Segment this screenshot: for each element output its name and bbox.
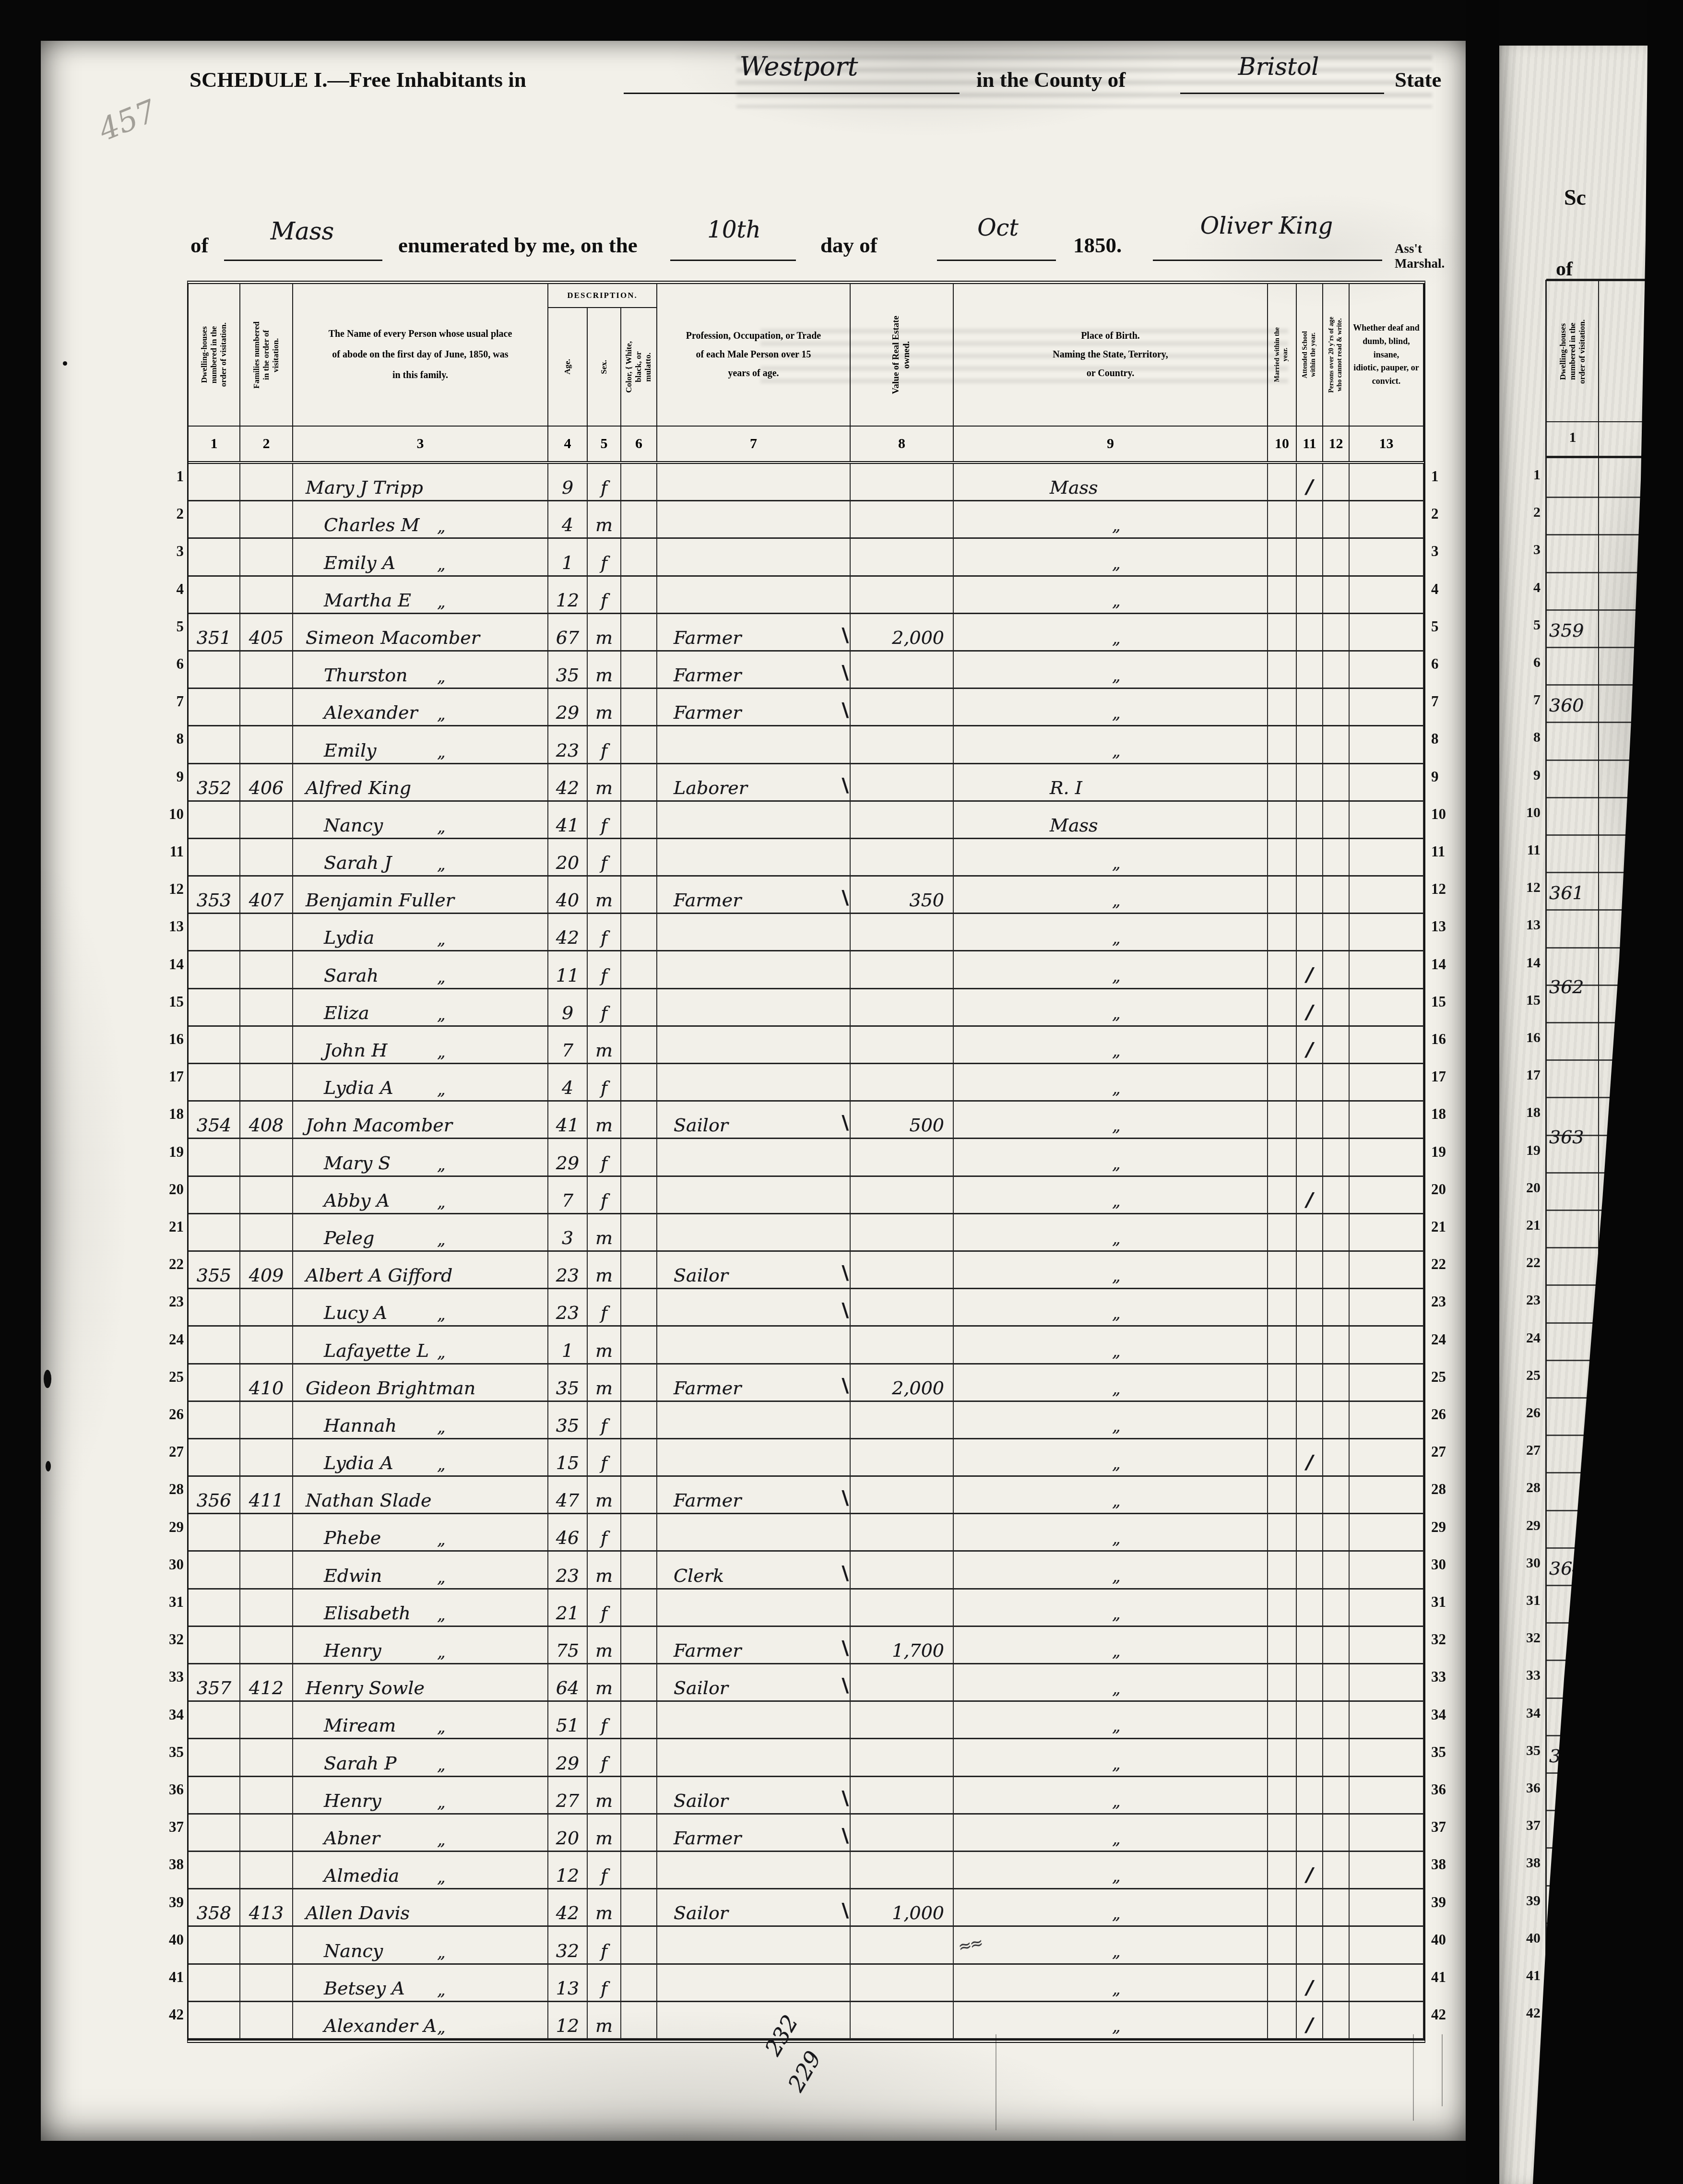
cell-place-of-birth: „ — [954, 1702, 1268, 1738]
cell-family-number — [240, 1552, 293, 1588]
cell-cannot-read-write — [1323, 764, 1350, 800]
cell-age: 15 — [548, 1439, 588, 1475]
cell-sex: m — [588, 1815, 621, 1851]
ditto-mark: „ — [1112, 554, 1121, 573]
cell-remarks — [1350, 877, 1424, 913]
cell-family-number — [240, 1739, 293, 1775]
cell-cannot-read-write — [1323, 1852, 1350, 1888]
row-number-left: 16 — [155, 1031, 184, 1048]
cell-attended-school: / — [1297, 1852, 1323, 1888]
cell-married-within-year — [1268, 1664, 1297, 1700]
cell-sex: m — [588, 1365, 621, 1401]
place-of-birth: Mass — [954, 477, 1098, 498]
row-number-right: 27 — [1431, 1443, 1460, 1460]
person-name: Alexander A — [324, 2015, 437, 2036]
cell-attended-school — [1297, 914, 1323, 950]
check-mark: / — [1306, 1976, 1313, 1999]
cell-name: Gideon Brightman — [293, 1365, 548, 1401]
cell-married-within-year — [1268, 839, 1297, 875]
cell-age: 41 — [548, 802, 588, 838]
cell-color — [621, 951, 657, 987]
title-month-underline — [937, 227, 1056, 261]
cell-age: 13 — [548, 1965, 588, 2001]
column-number-3: 3 — [293, 427, 548, 461]
cell-remarks — [1350, 689, 1424, 725]
cell-married-within-year — [1268, 614, 1297, 650]
table-header: DESCRIPTION. Dwelling-houses numbered in… — [189, 284, 1424, 427]
cell-real-estate-value: 2,000 — [851, 1365, 954, 1401]
cell-color — [621, 764, 657, 800]
cell-cannot-read-write — [1323, 839, 1350, 875]
cell-real-estate-value — [851, 1514, 954, 1550]
cell-occupation — [657, 2002, 851, 2038]
cell-sex: f — [588, 951, 621, 987]
cell-family-number — [240, 951, 293, 987]
cell-occupation: Farmer\ — [657, 689, 851, 725]
cell-real-estate-value — [851, 501, 954, 537]
cell-dwelling-number — [189, 1214, 240, 1250]
cell-cannot-read-write — [1323, 1402, 1350, 1438]
next-page-row-number: 2 — [1508, 504, 1541, 521]
cell-place-of-birth: „ — [954, 1252, 1268, 1288]
person-name: Abner — [324, 1828, 380, 1849]
cell-place-of-birth: „ — [954, 1402, 1268, 1438]
next-page-row-number: 25 — [1508, 1367, 1541, 1384]
tally-tick: \ — [841, 774, 849, 796]
cell-name: Sarah J„ — [293, 839, 548, 875]
cell-remarks — [1350, 914, 1424, 950]
column-header-label: Families numbered in the order of visita… — [252, 321, 281, 389]
column-header-2: Families numbered in the order of visita… — [240, 284, 293, 426]
person-name: Mary S — [324, 1152, 391, 1174]
cell-attended-school — [1297, 1514, 1323, 1550]
cell-sex: f — [588, 914, 621, 950]
cell-attended-school — [1297, 1365, 1323, 1401]
occupation: Sailor — [674, 1902, 728, 1923]
next-page-row-number: 20 — [1508, 1180, 1541, 1196]
cell-cannot-read-write — [1323, 877, 1350, 913]
row-number-left: 7 — [155, 693, 184, 710]
column-header-12: Persons over 20 y'rs of age who cannot r… — [1323, 284, 1350, 426]
cell-place-of-birth: „ — [954, 1177, 1268, 1213]
cell-dwelling-number: 358 — [189, 1889, 240, 1925]
ditto-mark: „ — [1112, 1004, 1121, 1023]
cell-family-number — [240, 1327, 293, 1363]
cell-family-number — [240, 1927, 293, 1963]
person-name: Allen Davis — [306, 1902, 410, 1923]
cell-dwelling-number: 357 — [189, 1664, 240, 1700]
cell-name: Alexander„ — [293, 689, 548, 725]
title-marshal-underline — [1153, 227, 1382, 261]
cell-married-within-year — [1268, 951, 1297, 987]
ditto-mark: „ — [437, 593, 446, 612]
cell-dwelling-number — [189, 914, 240, 950]
next-page-row-number: 7 — [1508, 692, 1541, 708]
cell-attended-school — [1297, 501, 1323, 537]
ditto-mark: „ — [437, 1868, 446, 1887]
cell-remarks — [1350, 1815, 1424, 1851]
column-header-9: Place of Birth. Naming the State, Territ… — [954, 284, 1268, 426]
cell-cannot-read-write — [1323, 914, 1350, 950]
ditto-mark: „ — [1112, 1304, 1121, 1323]
cell-real-estate-value — [851, 1965, 954, 2001]
cell-name: Thurston„ — [293, 652, 548, 688]
census-scan: { "page": { "pencil_note": "457", "title… — [0, 0, 1683, 2184]
next-page-row-number: 37 — [1508, 1817, 1541, 1834]
occupation: Farmer — [674, 627, 741, 648]
row-number-left: 42 — [155, 2006, 184, 2023]
ditto-mark: „ — [1112, 1192, 1121, 1211]
table-row: Nancy„32f≈≈„ — [189, 1927, 1424, 1964]
cell-dwelling-number — [189, 539, 240, 575]
cell-name: Lafayette L„ — [293, 1327, 548, 1363]
cell-sex: f — [588, 1965, 621, 2001]
cell-sex: m — [588, 1477, 621, 1513]
bottom-tally-note: 229 — [783, 2046, 827, 2096]
column-number-11: 11 — [1297, 427, 1323, 461]
column-header-4: Age. — [548, 308, 588, 426]
cell-sex: f — [588, 839, 621, 875]
table-row: Elisabeth„21f„ — [189, 1590, 1424, 1627]
cell-remarks — [1350, 614, 1424, 650]
cell-place-of-birth: „ — [954, 539, 1268, 575]
table-row: Henry„27mSailor\„ — [189, 1777, 1424, 1815]
cell-color — [621, 1252, 657, 1288]
ruled-line — [996, 2034, 996, 2130]
cell-remarks — [1350, 1027, 1424, 1063]
cell-family-number — [240, 464, 293, 500]
occupation: Farmer — [674, 1377, 741, 1399]
row-number-right: 31 — [1431, 1593, 1460, 1611]
cell-color — [621, 1552, 657, 1588]
row-number-left: 33 — [155, 1668, 184, 1685]
cell-place-of-birth: „ — [954, 1889, 1268, 1925]
table-row: 355409Albert A Gifford23mSailor\„ — [189, 1252, 1424, 1289]
row-number-right: 35 — [1431, 1744, 1460, 1761]
next-page-row-number: 35 — [1508, 1743, 1541, 1759]
cell-age: 4 — [548, 1064, 588, 1100]
table-row: Emily„23f„ — [189, 726, 1424, 764]
cell-place-of-birth: „ — [954, 652, 1268, 688]
ditto-mark: „ — [1112, 1792, 1121, 1811]
cell-family-number — [240, 1064, 293, 1100]
cell-name: Henry„ — [293, 1777, 548, 1813]
cell-occupation: Farmer\ — [657, 1815, 851, 1851]
cell-married-within-year — [1268, 1702, 1297, 1738]
cell-cannot-read-write — [1323, 1252, 1350, 1288]
next-page-row-number: 10 — [1508, 805, 1541, 821]
cell-sex: m — [588, 1664, 621, 1700]
cell-color — [621, 1815, 657, 1851]
cell-remarks — [1350, 726, 1424, 762]
cell-cannot-read-write — [1323, 1965, 1350, 2001]
tally-tick: \ — [841, 1637, 849, 1659]
row-number-left: 28 — [155, 1481, 184, 1498]
cell-attended-school — [1297, 1664, 1323, 1700]
cell-place-of-birth: „ — [954, 1214, 1268, 1250]
table-row: Peleg„3m„ — [189, 1214, 1424, 1252]
cell-color — [621, 1889, 657, 1925]
cell-family-number — [240, 1852, 293, 1888]
cell-real-estate-value — [851, 1477, 954, 1513]
cell-occupation: Sailor\ — [657, 1777, 851, 1813]
ditto-mark: „ — [437, 1193, 446, 1212]
cell-real-estate-value — [851, 577, 954, 613]
ditto-mark: „ — [1112, 1980, 1121, 1999]
next-page-row-number: 22 — [1508, 1255, 1541, 1271]
cell-dwelling-number — [189, 1852, 240, 1888]
cell-real-estate-value: 350 — [851, 877, 954, 913]
cell-name: Allen Davis — [293, 1889, 548, 1925]
real-estate-value: 2,000 — [892, 627, 944, 648]
cell-age: 23 — [548, 1252, 588, 1288]
cell-married-within-year — [1268, 1064, 1297, 1100]
next-page-row-number: 27 — [1508, 1442, 1541, 1459]
cell-real-estate-value — [851, 1702, 954, 1738]
column-header-label: Place of Birth. Naming the State, Territ… — [1053, 327, 1168, 383]
table-row: Lucy A„23f\„ — [189, 1289, 1424, 1327]
cell-dwelling-number — [189, 839, 240, 875]
cell-dwelling-number — [189, 501, 240, 537]
cell-attended-school — [1297, 726, 1323, 762]
row-number-left: 38 — [155, 1856, 184, 1873]
ditto-mark: „ — [437, 1043, 446, 1062]
cell-remarks — [1350, 1889, 1424, 1925]
cell-married-within-year — [1268, 1102, 1297, 1138]
cell-cannot-read-write — [1323, 726, 1350, 762]
cell-married-within-year — [1268, 726, 1297, 762]
tally-tick: \ — [841, 886, 849, 909]
person-name: Nathan Slade — [306, 1490, 432, 1511]
row-number-left: 31 — [155, 1593, 184, 1611]
cell-occupation: Laborer\ — [657, 764, 851, 800]
cell-occupation — [657, 1514, 851, 1550]
cell-real-estate-value — [851, 1139, 954, 1175]
cell-remarks — [1350, 577, 1424, 613]
cell-married-within-year — [1268, 1627, 1297, 1663]
row-number-left: 18 — [155, 1105, 184, 1123]
cell-sex: f — [588, 1739, 621, 1775]
person-name: Betsey A — [324, 1978, 405, 1999]
cell-place-of-birth: „ — [954, 614, 1268, 650]
cell-dwelling-number — [189, 464, 240, 500]
cell-name: Mary J Tripp — [293, 464, 548, 500]
cell-remarks — [1350, 1664, 1424, 1700]
cell-real-estate-value: 2,000 — [851, 614, 954, 650]
title-county-underline — [1180, 60, 1384, 94]
table-row: 358413Allen Davis42mSailor\1,000„ — [189, 1889, 1424, 1927]
cell-color — [621, 652, 657, 688]
ditto-mark: „ — [1112, 1717, 1121, 1736]
cell-color — [621, 989, 657, 1025]
cell-color — [621, 1477, 657, 1513]
next-page-row-number: 32 — [1508, 1630, 1541, 1646]
cell-family-number: 405 — [240, 614, 293, 650]
cell-age: 20 — [548, 839, 588, 875]
cell-real-estate-value: ≈≈ — [851, 1927, 954, 1963]
ditto-mark: „ — [1112, 629, 1121, 648]
cell-age: 27 — [548, 1777, 588, 1813]
cell-attended-school — [1297, 1064, 1323, 1100]
tally-tick: \ — [841, 661, 849, 684]
cell-remarks — [1350, 1177, 1424, 1213]
ditto-mark: „ — [1112, 1042, 1121, 1061]
next-page-dwelling-number: 363 — [1549, 1127, 1584, 1148]
cell-family-number — [240, 1815, 293, 1851]
cell-married-within-year — [1268, 1139, 1297, 1175]
cell-occupation: Sailor\ — [657, 1664, 851, 1700]
row-number-left: 24 — [155, 1331, 184, 1348]
cell-cannot-read-write — [1323, 1739, 1350, 1775]
person-name: Henry Sowle — [306, 1677, 425, 1698]
person-name: Lydia — [324, 927, 374, 948]
cell-remarks — [1350, 1365, 1424, 1401]
cell-age: 4 — [548, 501, 588, 537]
cell-sex: m — [588, 1777, 621, 1813]
cell-age: 21 — [548, 1590, 588, 1626]
table-row: Sarah J„20f„ — [189, 839, 1424, 877]
cell-occupation — [657, 1139, 851, 1175]
cell-remarks — [1350, 1439, 1424, 1475]
cell-remarks — [1350, 539, 1424, 575]
cell-occupation: Farmer\ — [657, 652, 851, 688]
cell-name: Almedia„ — [293, 1852, 548, 1888]
check-mark: / — [1306, 1038, 1313, 1061]
row-number-right: 14 — [1431, 956, 1460, 973]
ditto-mark: „ — [1112, 1154, 1121, 1174]
cell-attended-school: / — [1297, 1027, 1323, 1063]
ink-blot — [46, 1461, 51, 1472]
cell-name: Abner„ — [293, 1815, 548, 1851]
row-number-right: 22 — [1431, 1256, 1460, 1273]
row-number-left: 29 — [155, 1519, 184, 1536]
row-number-right: 29 — [1431, 1519, 1460, 1536]
cell-age: 1 — [548, 1327, 588, 1363]
cell-married-within-year — [1268, 1815, 1297, 1851]
column-header-11: Attended School within the year. — [1297, 284, 1323, 426]
cell-attended-school — [1297, 764, 1323, 800]
occupation: Sailor — [674, 1790, 728, 1811]
cell-age: 29 — [548, 1739, 588, 1775]
cell-real-estate-value — [851, 1815, 954, 1851]
cell-place-of-birth: „ — [954, 1965, 1268, 2001]
title-county-label: in the County of — [976, 67, 1126, 92]
cell-occupation: Sailor\ — [657, 1102, 851, 1138]
cell-name: John H„ — [293, 1027, 548, 1063]
cell-real-estate-value — [851, 1214, 954, 1250]
ditto-mark: „ — [437, 818, 446, 837]
cell-occupation — [657, 1327, 851, 1363]
cell-dwelling-number: 356 — [189, 1477, 240, 1513]
cell-attended-school: / — [1297, 464, 1323, 500]
description-label: DESCRIPTION. — [567, 291, 637, 300]
table-row: Sarah P„29f„ — [189, 1739, 1424, 1777]
column-number-2: 2 — [240, 427, 293, 461]
cell-married-within-year — [1268, 1889, 1297, 1925]
next-page-column-number: 1 — [1547, 429, 1598, 446]
cell-family-number — [240, 652, 293, 688]
row-number-left: 19 — [155, 1143, 184, 1161]
cell-age: 23 — [548, 726, 588, 762]
cell-name: Nathan Slade — [293, 1477, 548, 1513]
cell-sex: f — [588, 1289, 621, 1325]
row-number-right: 30 — [1431, 1556, 1460, 1573]
cell-occupation: Clerk\ — [657, 1552, 851, 1588]
cell-occupation — [657, 1214, 851, 1250]
row-number-left: 23 — [155, 1293, 184, 1310]
cell-cannot-read-write — [1323, 1889, 1350, 1925]
occupation: Sailor — [674, 1265, 728, 1286]
cell-remarks — [1350, 1627, 1424, 1663]
next-page-row-number: 42 — [1508, 2005, 1541, 2021]
row-number-left: 21 — [155, 1218, 184, 1235]
next-page-row-number: 16 — [1508, 1030, 1541, 1046]
table-row: Sarah„11f„/ — [189, 951, 1424, 989]
cell-name: Miream„ — [293, 1702, 548, 1738]
cell-family-number — [240, 1590, 293, 1626]
cell-age: 47 — [548, 1477, 588, 1513]
ditto-mark: „ — [437, 1080, 446, 1099]
ditto-mark: „ — [437, 1455, 446, 1474]
cell-age: 32 — [548, 1927, 588, 1963]
cell-age: 40 — [548, 877, 588, 913]
cell-name: Sarah„ — [293, 951, 548, 987]
ditto-mark: „ — [1112, 1942, 1121, 1961]
cell-dwelling-number — [189, 1064, 240, 1100]
next-page-row-number: 12 — [1508, 879, 1541, 896]
cell-remarks — [1350, 1514, 1424, 1550]
cell-dwelling-number — [189, 1027, 240, 1063]
cell-place-of-birth: R. I — [954, 764, 1268, 800]
real-estate-value: 350 — [909, 890, 944, 911]
next-page-row-number: 21 — [1508, 1217, 1541, 1234]
cell-married-within-year — [1268, 877, 1297, 913]
next-page-row-number: 26 — [1508, 1405, 1541, 1421]
title-of-label: of — [190, 233, 209, 258]
cell-place-of-birth: „ — [954, 1102, 1268, 1138]
cell-color — [621, 1739, 657, 1775]
table-row: Lydia A„4f„ — [189, 1064, 1424, 1102]
cell-attended-school — [1297, 614, 1323, 650]
ditto-mark: „ — [437, 1305, 446, 1324]
row-number-left: 2 — [155, 505, 184, 522]
column-header-10: Married within the year. — [1268, 284, 1297, 426]
row-number-left: 12 — [155, 880, 184, 898]
cell-attended-school — [1297, 1627, 1323, 1663]
cell-cannot-read-write — [1323, 464, 1350, 500]
row-number-left: 26 — [155, 1406, 184, 1423]
cell-family-number: 412 — [240, 1664, 293, 1700]
column-number-1: 1 — [189, 427, 240, 461]
cell-age: 75 — [548, 1627, 588, 1663]
cell-cannot-read-write — [1323, 1365, 1350, 1401]
cell-family-number — [240, 802, 293, 838]
next-page-dwelling-number: 362 — [1549, 976, 1584, 997]
ditto-mark: „ — [437, 1005, 446, 1024]
row-number-left: 9 — [155, 768, 184, 785]
cell-occupation: Farmer\ — [657, 877, 851, 913]
cell-sex: m — [588, 1252, 621, 1288]
row-number-left: 17 — [155, 1068, 184, 1085]
table-row: Mary S„29f„ — [189, 1139, 1424, 1176]
cell-dwelling-number — [189, 1739, 240, 1775]
cell-color — [621, 689, 657, 725]
cell-remarks — [1350, 989, 1424, 1025]
cell-family-number — [240, 1139, 293, 1175]
cell-color — [621, 726, 657, 762]
row-number-right: 41 — [1431, 1969, 1460, 1986]
row-number-right: 25 — [1431, 1368, 1460, 1386]
